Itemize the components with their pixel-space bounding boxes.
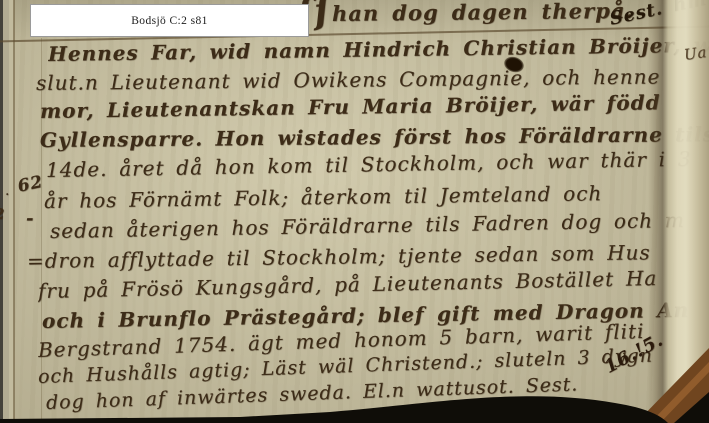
manuscript-line: sedan återigen hos Föräldrarne tils Fadr… xyxy=(50,208,685,243)
manuscript-line: slut.n Lieutenant wid Owikens Compagnie,… xyxy=(36,64,661,95)
margin-dash: - xyxy=(26,208,34,229)
gutter-fold xyxy=(648,0,709,423)
manuscript-line: mor, Lieutenantskan Fru Maria Bröijer, w… xyxy=(40,90,661,123)
manuscript-line: 14de. året då hon kom til Stockholm, och… xyxy=(46,147,692,182)
margin-number-below: 2 xyxy=(0,205,5,223)
margin-dot: . xyxy=(5,183,10,199)
manuscript-line: fru på Frösö Kungsgård, på Lieutenants B… xyxy=(38,266,658,303)
top-line-fragment: han dog dagen therpå. xyxy=(332,0,634,26)
next-page-fragment: Ua xyxy=(683,43,708,64)
manuscript-line: år hos Förnämt Folk; återkom til Jemtela… xyxy=(44,181,603,213)
margin-rule-outer xyxy=(13,0,15,423)
archive-label: Bodsjö C:2 s81 xyxy=(30,4,309,37)
manuscript-scan: ſſ han dog dagen therpå. Sest. hm Hennes… xyxy=(0,0,709,423)
archive-label-text: Bodsjö C:2 s81 xyxy=(131,15,208,27)
